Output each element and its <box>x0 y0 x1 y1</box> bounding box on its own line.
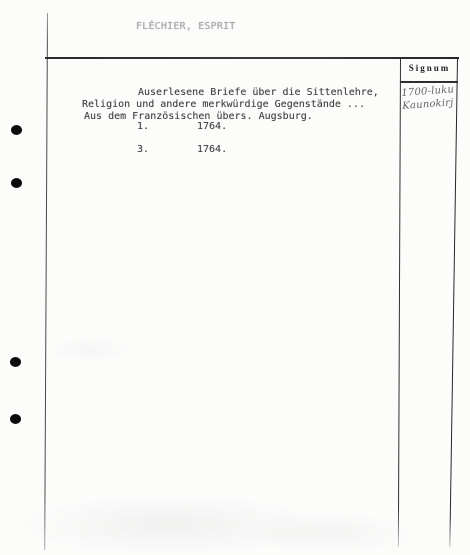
card-top-border <box>45 57 459 59</box>
hole-punch <box>11 178 22 188</box>
volume-entry-row: 3. 1764. <box>0 144 470 156</box>
author-heading: FLÉCHIER, ESPRIT <box>136 21 236 32</box>
title-line-1: Auserlesene Briefe über die Sittenlehre, <box>138 87 379 98</box>
signum-note-line-2: Kaunokirj <box>402 96 461 113</box>
volume-number: 1. <box>137 121 149 132</box>
signum-header-underline <box>400 81 458 83</box>
volume-entry-row: 1. 1764. <box>0 121 470 133</box>
catalog-card-scan: FLÉCHIER, ESPRIT Signum 1700-luku Kaunok… <box>0 0 470 555</box>
title-line-2: Religion und andere merkwürdige Gegenstä… <box>82 99 365 110</box>
volume-number: 3. <box>137 144 149 155</box>
signum-handwritten-note: 1700-luku Kaunokirj <box>401 83 461 113</box>
left-margin-rule <box>44 13 48 550</box>
signum-column-header: Signum <box>400 63 457 73</box>
volume-year: 1764. <box>197 144 227 155</box>
hole-punch <box>10 414 21 424</box>
volume-year: 1764. <box>197 121 227 132</box>
hole-punch <box>10 357 21 367</box>
